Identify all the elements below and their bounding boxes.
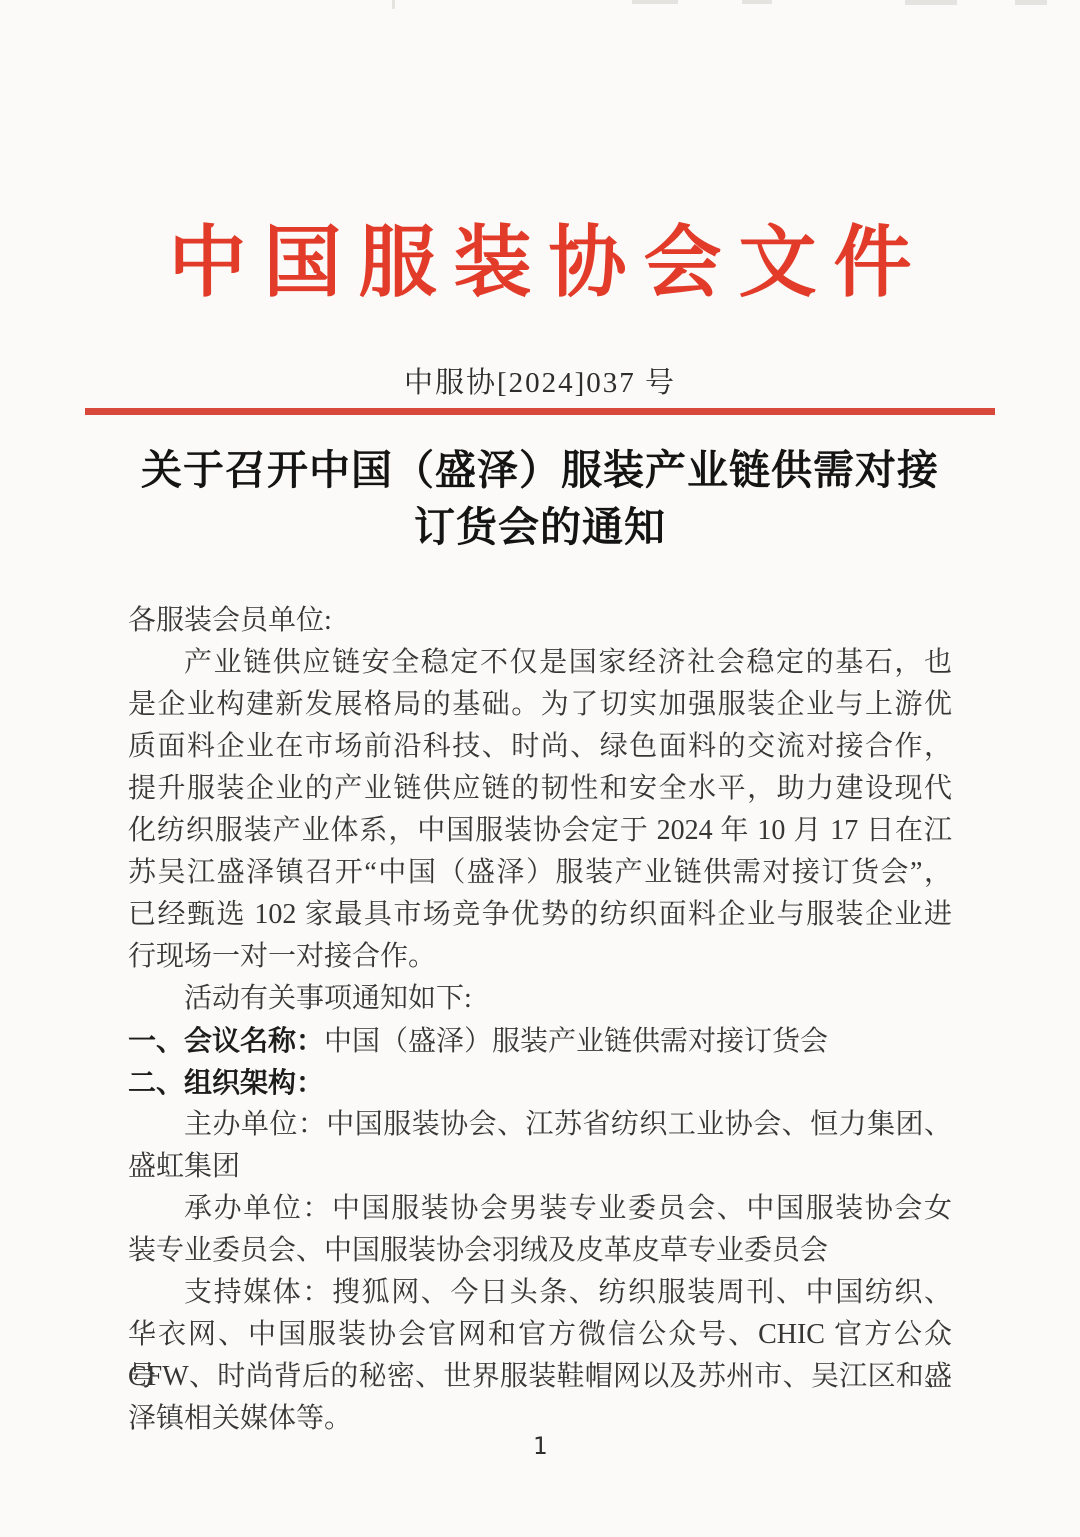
red-divider-rule: [85, 408, 995, 415]
body-line: 质面料企业在市场前沿科技、时尚、绿色面料的交流对接合作，: [128, 726, 952, 768]
body-line: 已经甄选 102 家最具市场竞争优势的纺织面料企业与服装企业进: [128, 894, 952, 936]
document-title: 关于召开中国（盛泽）服装产业链供需对接 订货会的通知: [0, 442, 1080, 556]
body-line: CFW、时尚背后的秘密、世界服装鞋帽网以及苏州市、吴江区和盛: [128, 1356, 952, 1398]
doc-number: 中服协[2024]037 号: [0, 360, 1080, 401]
body-line: 承办单位：中国服装协会男装专业委员会、中国服装协会女: [128, 1188, 952, 1230]
page-number: 1: [0, 1432, 1080, 1460]
scan-artifact: [1015, 0, 1047, 5]
document-page: 中国服装协会文件 中服协[2024]037 号 关于召开中国（盛泽）服装产业链供…: [0, 0, 1080, 1537]
body-line: 华衣网、中国服装协会官网和官方微信公众号、CHIC 官方公众号、: [128, 1314, 952, 1356]
document-body: 各服装会员单位:产业链供应链安全稳定不仅是国家经济社会稳定的基石，也是企业构建新…: [128, 600, 952, 1440]
body-line: 苏吴江盛泽镇召开“中国（盛泽）服装产业链供需对接订货会”，: [128, 852, 952, 894]
section-heading: 二、组织架构：: [128, 1067, 324, 1098]
body-line: 主办单位：中国服装协会、江苏省纺织工业协会、恒力集团、: [128, 1104, 952, 1146]
scan-artifact: [392, 0, 395, 9]
document-title-line2: 订货会的通知: [0, 499, 1080, 556]
body-line: 产业链供应链安全稳定不仅是国家经济社会稳定的基石，也: [128, 642, 952, 684]
body-line: 各服装会员单位:: [128, 600, 952, 642]
scan-artifact: [632, 0, 678, 4]
body-line: 行现场一对一对接合作。: [128, 936, 952, 978]
org-title: 中国服装协会文件: [0, 200, 1080, 312]
body-line: 提升服装企业的产业链供应链的韧性和安全水平，助力建设现代: [128, 768, 952, 810]
body-line: 活动有关事项通知如下:: [128, 978, 952, 1020]
document-title-line1: 关于召开中国（盛泽）服装产业链供需对接: [0, 442, 1080, 499]
section-line: 二、组织架构：: [128, 1062, 952, 1104]
scan-artifact: [742, 0, 772, 4]
body-line: 是企业构建新发展格局的基础。为了切实加强服装企业与上游优: [128, 684, 952, 726]
section-heading: 一、会议名称：: [128, 1025, 324, 1056]
body-line: 化纺织服装产业体系，中国服装协会定于 2024 年 10 月 17 日在江: [128, 810, 952, 852]
body-line: 装专业委员会、中国服装协会羽绒及皮革皮草专业委员会: [128, 1230, 952, 1272]
scan-artifact: [905, 0, 957, 5]
body-line: 盛虹集团: [128, 1146, 952, 1188]
body-line: 支持媒体：搜狐网、今日头条、纺织服装周刊、中国纺织、: [128, 1272, 952, 1314]
section-line: 一、会议名称：中国（盛泽）服装产业链供需对接订货会: [128, 1020, 952, 1062]
